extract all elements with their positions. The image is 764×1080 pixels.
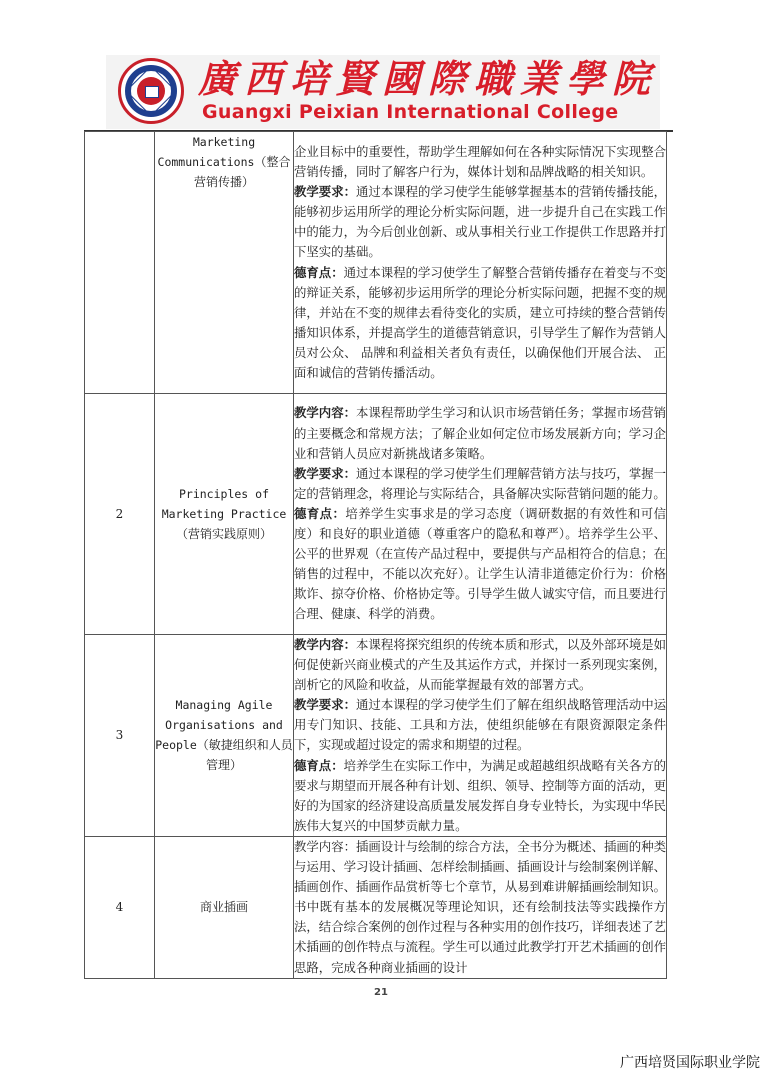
- college-name-chinese: 廣西培賢國際職業學院: [198, 57, 658, 101]
- course-number: [85, 132, 155, 394]
- course-description: 教学内容：本课程将探究组织的传统本质和形式，以及外部环境是如何促使新兴商业模式的…: [294, 635, 667, 837]
- teaching-requirements: 教学要求：通过本课程的学习使学生能够掌握基本的营销传播技能，能够初步运用所学的理…: [294, 182, 666, 262]
- teaching-requirements: 教学要求：通过本课程的学习使学生们理解营销方法与技巧，掌握一定的营销理念，将理论…: [294, 464, 666, 504]
- college-emblem-icon: [118, 58, 184, 124]
- course-name-chinese: （敏捷组织和人员管理）: [197, 738, 293, 772]
- course-table: Marketing Communications（整合营销传播） 企业目标中的重…: [84, 131, 667, 979]
- course-description: 企业目标中的重要性，帮助学生理解如何在各种实际情况下实现整合营销传播，同时了解客…: [294, 132, 667, 394]
- course-name: 商业插画: [155, 836, 294, 978]
- course-name-english: Principles of Marketing Practice: [162, 487, 287, 521]
- table-row: Marketing Communications（整合营销传播） 企业目标中的重…: [85, 132, 667, 394]
- course-description: 教学内容：插画设计与绘制的综合方法，全书分为概述、插画的种类与运用、学习设计插画…: [294, 836, 667, 978]
- moral-education-points: 德育点：培养学生实事求是的学习态度（调研数据的有效性和可信度）和良好的职业道德（…: [294, 504, 666, 625]
- course-name-chinese: 商业插画: [200, 900, 248, 914]
- course-name: Marketing Communications（整合营销传播）: [155, 132, 294, 394]
- book-icon: [145, 86, 159, 98]
- moral-education-points: 德育点：通过本课程的学习使学生了解整合营销传播存在着变与不变的辩证关系，能够初步…: [294, 263, 666, 384]
- college-name-english: Guangxi Peixian International College: [202, 101, 618, 123]
- course-name-chinese: （营销实践原则）: [176, 527, 272, 541]
- course-number: 2: [85, 394, 155, 635]
- footer-organization: 广西培贤国际职业学院: [620, 1052, 760, 1072]
- course-name: Principles of Marketing Practice（营销实践原则）: [155, 394, 294, 635]
- table-row: 2 Principles of Marketing Practice（营销实践原…: [85, 394, 667, 635]
- course-number: 4: [85, 836, 155, 978]
- table-row: 3 Managing Agile Organisations and Peopl…: [85, 635, 667, 837]
- teaching-content: 教学内容：插画设计与绘制的综合方法，全书分为概述、插画的种类与运用、学习设计插画…: [294, 837, 666, 978]
- emblem-core: [137, 77, 165, 105]
- course-description: 教学内容：本课程帮助学生学习和认识市场营销任务；掌握市场营销的主要概念和常规方法…: [294, 394, 667, 635]
- course-name: Managing Agile Organisations and People（…: [155, 635, 294, 837]
- page-number: 21: [374, 987, 388, 998]
- table-row: 4 商业插画 教学内容：插画设计与绘制的综合方法，全书分为概述、插画的种类与运用…: [85, 836, 667, 978]
- teaching-content: 教学内容：本课程将探究组织的传统本质和形式，以及外部环境是如何促使新兴商业模式的…: [294, 635, 666, 695]
- course-number: 3: [85, 635, 155, 837]
- moral-education-points: 德育点：培养学生在实际工作中，为满足或超越组织战略有关各方的要求与期望而开展各种…: [294, 756, 666, 836]
- course-name-english: Marketing Communications: [158, 135, 256, 169]
- teaching-requirements: 教学要求：通过本课程的学习使学生们了解在组织战略管理活动中运用专门知识、技能、工…: [294, 695, 666, 755]
- teaching-content: 教学内容：本课程帮助学生学习和认识市场营销任务；掌握市场营销的主要概念和常规方法…: [294, 403, 666, 463]
- header-banner: 廣西培賢國際職業學院 Guangxi Peixian International…: [106, 55, 660, 129]
- description-paragraph: 企业目标中的重要性，帮助学生理解如何在各种实际情况下实现整合营销传播，同时了解客…: [294, 142, 666, 182]
